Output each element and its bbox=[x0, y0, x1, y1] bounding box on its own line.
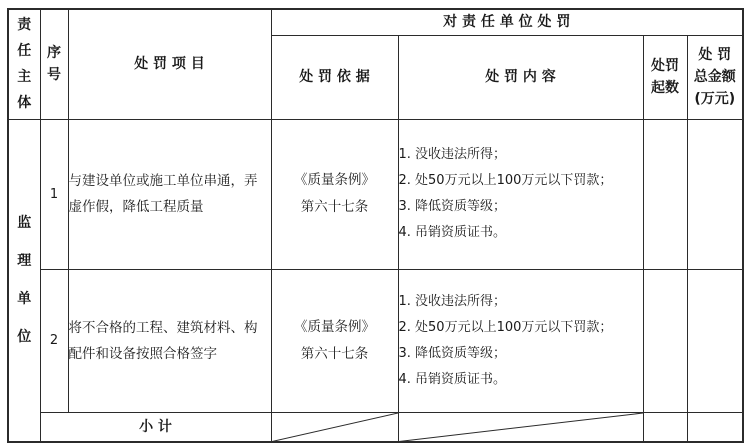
header-penalty-item: 处 罚 项 目 bbox=[68, 9, 271, 119]
penalty-table: 责任主体 序 号 处 罚 项 目 对 责 任 单 位 处 罚 处 罚 依 据 处… bbox=[7, 8, 744, 443]
row-1-item-cell: 与建设单位或施工单位串通，弄虚作假，降低工程质量 bbox=[68, 119, 271, 269]
row-1-total-cell bbox=[687, 119, 743, 269]
header-serial-no: 序 号 bbox=[40, 9, 68, 119]
row-2-item-cell: 将不合格的工程、建筑材料、构配件和设备按照合格签字 bbox=[68, 269, 271, 412]
row-1-count-cell bbox=[643, 119, 687, 269]
row-1-no-cell: 1 bbox=[40, 119, 68, 269]
diagonal-slash-icon bbox=[272, 413, 398, 442]
row-1-basis-cell: 《质量条例》 第六十七条 bbox=[271, 119, 398, 269]
subtotal-content-cell bbox=[398, 412, 643, 442]
header-responsibility-subject-label: 责任主体 bbox=[17, 12, 32, 116]
subtotal-total-cell bbox=[687, 412, 743, 442]
row-2-total-cell bbox=[687, 269, 743, 412]
header-row-top: 责任主体 序 号 处 罚 项 目 对 责 任 单 位 处 罚 bbox=[8, 9, 743, 35]
subtotal-label-cell: 小 计 bbox=[40, 412, 271, 442]
row-1-content-cell: 1. 没收违法所得； 2. 处50万元以上100万元以下罚款； 3. 降低资质等… bbox=[398, 119, 643, 269]
header-penalty-count: 处罚 起数 bbox=[643, 35, 687, 119]
row-2-no-cell: 2 bbox=[40, 269, 68, 412]
header-penalty-group: 对 责 任 单 位 处 罚 bbox=[271, 9, 743, 35]
row-2-basis-cell: 《质量条例》 第六十七条 bbox=[271, 269, 398, 412]
row-2-content-cell: 1. 没收违法所得； 2. 处50万元以上100万元以下罚款； 3. 降低资质等… bbox=[398, 269, 643, 412]
header-responsibility-subject: 责任主体 bbox=[8, 9, 40, 119]
subject-cell: 监理单位 bbox=[8, 119, 40, 442]
subtotal-count-cell bbox=[643, 412, 687, 442]
diagonal-slash-icon bbox=[399, 413, 643, 442]
table-row: 监理单位 1 与建设单位或施工单位串通，弄虚作假，降低工程质量 《质量条例》 第… bbox=[8, 119, 743, 269]
subject-label: 监理单位 bbox=[17, 204, 32, 356]
table-row: 2 将不合格的工程、建筑材料、构配件和设备按照合格签字 《质量条例》 第六十七条… bbox=[8, 269, 743, 412]
header-penalty-total: 处 罚 总金额 (万元) bbox=[687, 35, 743, 119]
subtotal-basis-cell bbox=[271, 412, 398, 442]
row-2-count-cell bbox=[643, 269, 687, 412]
subtotal-row: 小 计 bbox=[8, 412, 743, 442]
header-penalty-basis: 处 罚 依 据 bbox=[271, 35, 398, 119]
header-penalty-content: 处 罚 内 容 bbox=[398, 35, 643, 119]
